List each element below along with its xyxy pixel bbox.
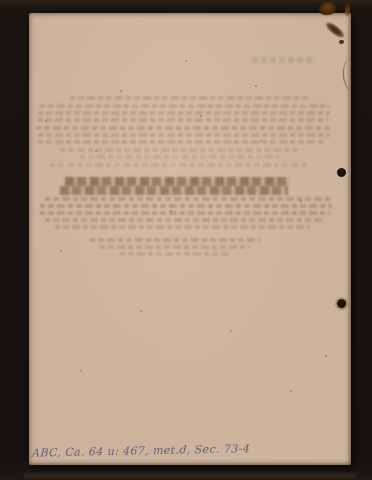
punch-hole-bottom xyxy=(337,299,346,308)
paper-speck xyxy=(45,120,47,122)
bleedthrough-text-line xyxy=(45,218,325,222)
bleedthrough-text-line xyxy=(120,252,230,256)
bleedthrough-text-line xyxy=(38,111,330,115)
paper-speck xyxy=(255,85,257,87)
scan-edge-top xyxy=(0,0,372,3)
paper-speck xyxy=(120,90,122,92)
bleedthrough-text-line xyxy=(40,104,330,108)
bleedthrough-text-line xyxy=(100,245,250,249)
bleedthrough-ink-smudge xyxy=(60,186,288,195)
bleedthrough-text-line xyxy=(38,118,328,122)
bleedthrough-text-line xyxy=(70,96,310,100)
scanner-background: ABC, Ca. 64 u: 467, met.d, Sec. 73-4 xyxy=(0,0,372,480)
bleedthrough-text-line xyxy=(90,238,260,242)
paper-speck xyxy=(185,60,187,62)
bleedthrough-text-line xyxy=(36,126,330,130)
document-page-verso: ABC, Ca. 64 u: 467, met.d, Sec. 73-4 xyxy=(29,13,351,465)
paper-speck xyxy=(170,210,172,212)
paper-speck xyxy=(200,115,202,117)
bleedthrough-text-line xyxy=(50,163,310,167)
paper-speck xyxy=(140,310,142,312)
bleedthrough-ink-smudge xyxy=(65,177,290,186)
bleedthrough-text-line xyxy=(38,133,330,137)
bleedthrough-text-line xyxy=(55,225,310,229)
paper-speck xyxy=(60,250,62,252)
paper-speck xyxy=(260,140,262,142)
bleedthrough-text-line xyxy=(40,204,332,208)
paper-speck xyxy=(300,200,302,202)
bleedthrough-text-line xyxy=(80,155,280,159)
faint-pencil-smudge xyxy=(252,57,312,63)
scan-edge-bottom xyxy=(24,473,356,478)
bleedthrough-text-line xyxy=(38,140,326,144)
punch-hole-top xyxy=(337,168,346,177)
paper-speck xyxy=(95,150,97,152)
paper-speck xyxy=(80,370,82,372)
paper-speck xyxy=(230,330,232,332)
bleedthrough-text-line xyxy=(40,211,330,215)
paper-speck xyxy=(325,355,327,357)
bleedthrough-text-line xyxy=(45,197,330,201)
handwritten-archival-reference: ABC, Ca. 64 u: 467, met.d, Sec. 73-4 xyxy=(32,441,283,459)
paper-speck xyxy=(290,390,292,392)
